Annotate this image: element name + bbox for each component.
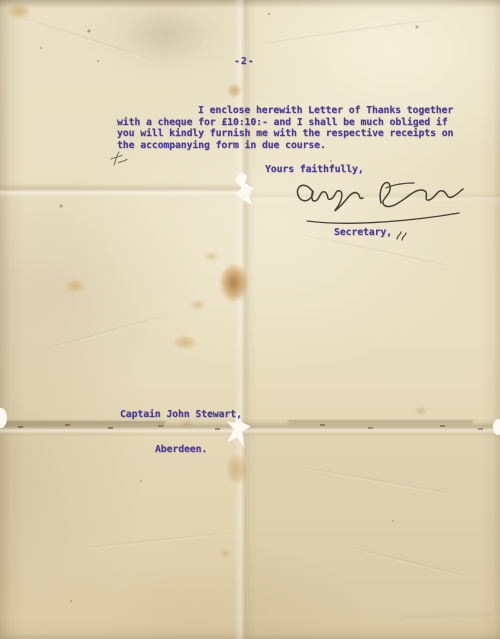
letter-body: I enclose herewith Letter of Thanks toge…	[117, 105, 465, 151]
stain	[190, 300, 205, 310]
body-line: I enclose herewith Letter of Thanks toge…	[117, 105, 465, 117]
pencil-annotation	[108, 149, 130, 169]
paper-tear	[493, 419, 500, 435]
stain	[125, 10, 205, 60]
scanned-letter-page: -2- I enclose herewith Letter of Thanks …	[0, 0, 500, 639]
body-line: the accompanying form in due course.	[117, 140, 465, 152]
stain	[66, 280, 84, 292]
stain	[8, 4, 30, 18]
closing-salutation: Yours faithfully,	[265, 164, 364, 176]
stain	[415, 407, 427, 415]
handwritten-mark	[394, 229, 410, 241]
faint-pencil-smudge	[398, 606, 493, 624]
page-number: -2-	[234, 56, 255, 68]
handwritten-signature	[293, 176, 465, 228]
stain	[174, 336, 196, 349]
recipient-name: Captain John Stewart,	[120, 409, 242, 421]
stain	[205, 252, 218, 261]
dust-specks	[0, 0, 2, 2]
body-line: with a cheque for £10:10:- and I shall b…	[117, 117, 465, 129]
recipient-address: Captain John Stewart, Aberdeen.	[120, 386, 242, 478]
fold-shadow-right	[288, 420, 473, 427]
signer-title: Secretary,	[334, 227, 392, 239]
horizontal-fold-crease-upper	[0, 183, 252, 197]
body-line: you will kindly furnish me with the resp…	[117, 128, 465, 140]
recipient-city: Aberdeen.	[120, 444, 242, 456]
stain	[220, 549, 231, 558]
stain	[220, 264, 248, 302]
stain	[228, 84, 241, 97]
